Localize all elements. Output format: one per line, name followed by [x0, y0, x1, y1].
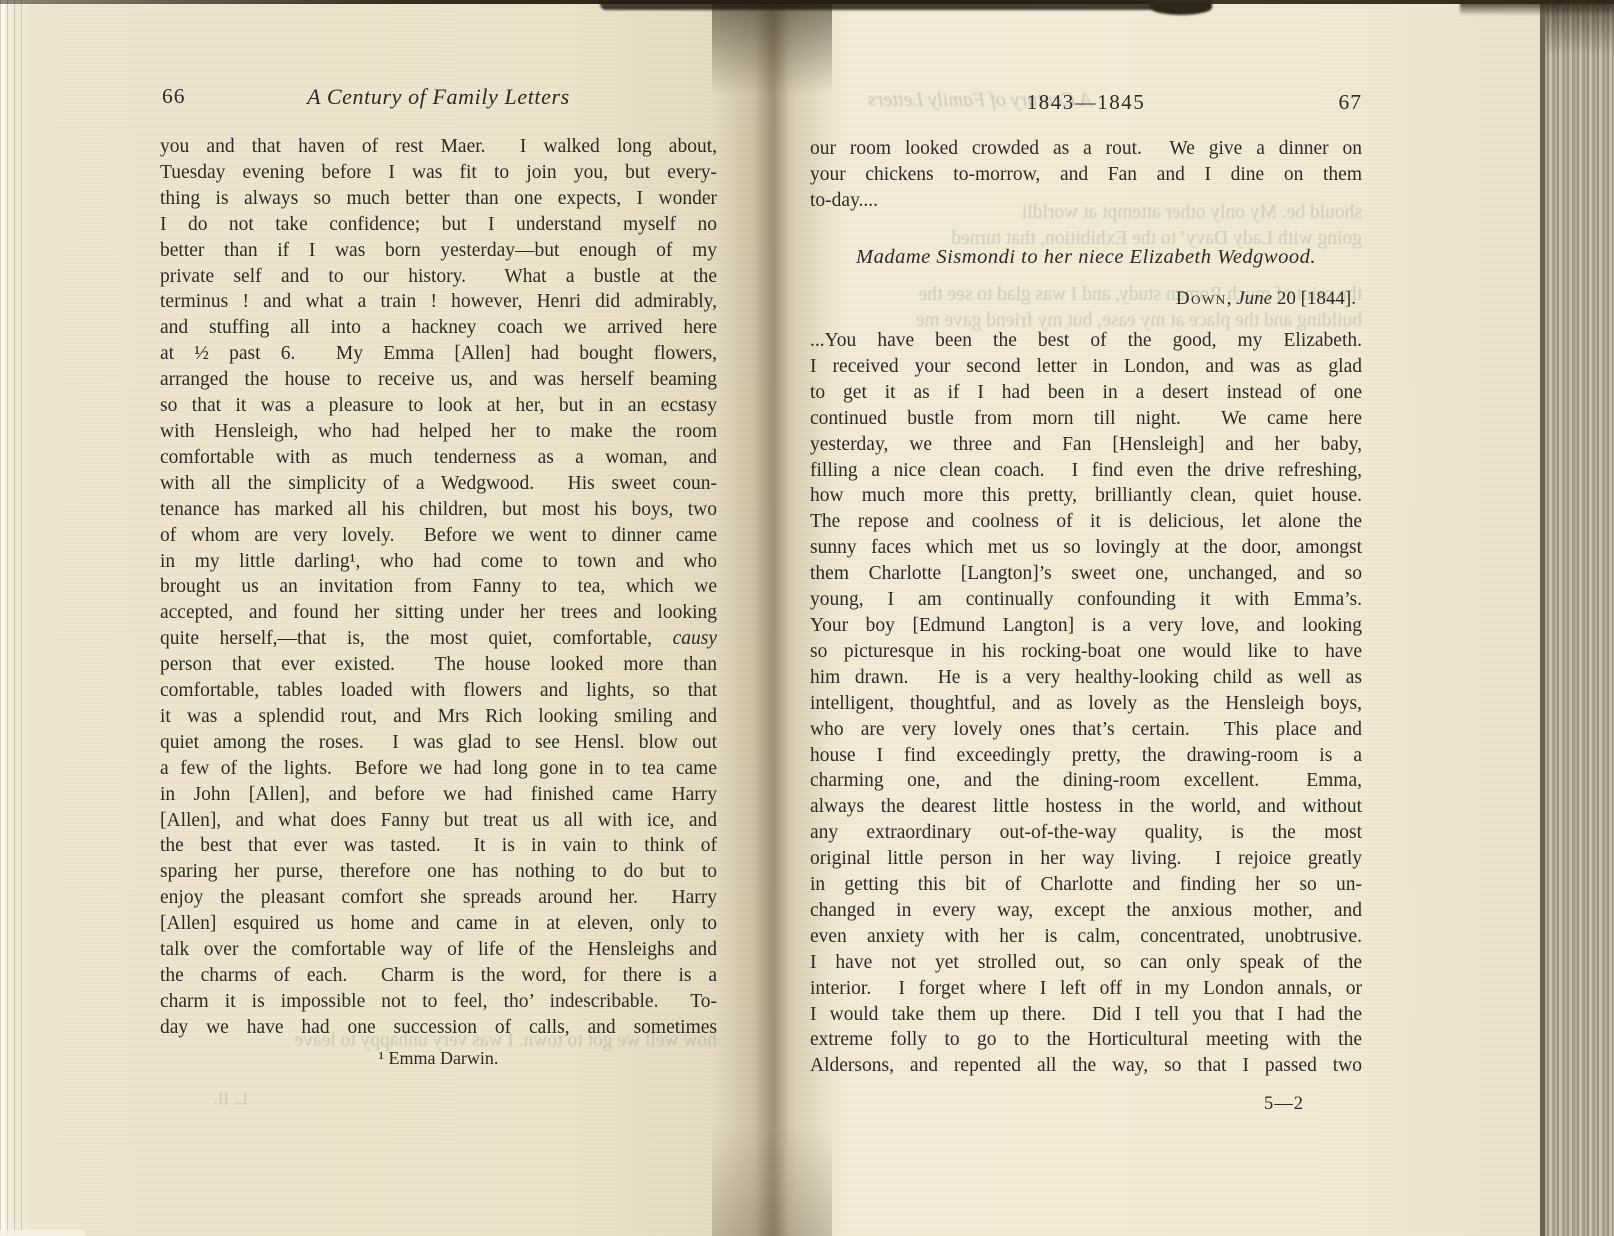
right-page-edges — [1540, 0, 1614, 1236]
text-line: how much more this pretty, brilliantly c… — [810, 483, 1362, 509]
text-line: I do not take confidence; but I understa… — [160, 212, 717, 238]
text-line: sunny faces which met us so lovingly at … — [810, 535, 1362, 561]
right-running-title: 1843—1845 — [810, 90, 1362, 115]
text-line: changed in every way, except the anxious… — [810, 898, 1362, 924]
letter-heading: Madame Sismondi to her niece Elizabeth W… — [810, 246, 1362, 269]
left-page-text-column: 66 A Century of Family Letters you and t… — [160, 0, 717, 1236]
bottom-page-edge — [0, 1230, 85, 1236]
text-line: your chickens to-morrow, and Fan and I d… — [810, 162, 1362, 188]
text-line: I received your second letter in London,… — [810, 354, 1362, 380]
left-running-head: 66 A Century of Family Letters — [160, 84, 717, 110]
left-page-number: 66 — [162, 84, 186, 109]
text-line: brought us an invitation from Fanny to t… — [160, 574, 717, 600]
text-line: quiet among the roses. I was glad to see… — [160, 730, 717, 756]
text-line: you and that haven of rest Maer. I walke… — [160, 134, 717, 160]
text-line: intelligent, thoughtful, and as lovely a… — [810, 691, 1362, 717]
text-line: it was a splendid rout, and Mrs Rich loo… — [160, 704, 717, 730]
text-line: ...You have been the best of the good, m… — [810, 328, 1362, 354]
right-page-number: 67 — [1339, 90, 1363, 115]
text-line: original little person in her way living… — [810, 846, 1362, 872]
text-line: better than if I was born yesterday—but … — [160, 238, 717, 264]
text-line: in my little darling¹, who had come to t… — [160, 549, 717, 575]
text-line: I would take them up there. Did I tell y… — [810, 1002, 1362, 1028]
text-line: talk over the comfortable way of life of… — [160, 937, 717, 963]
text-line: interior. I forget where I left off in m… — [810, 976, 1362, 1002]
letter-dateline: Down, June 20 [1844]. — [810, 288, 1362, 310]
text-line: and stuffing all into a hackney coach we… — [160, 315, 717, 341]
text-line: who are very lovely ones that’s certain.… — [810, 717, 1362, 743]
text-line: filling a nice clean coach. I find even … — [810, 458, 1362, 484]
text-line: person that ever existed. The house look… — [160, 652, 717, 678]
text-line: comfortable, tables loaded with flowers … — [160, 678, 717, 704]
text-line: so that it was a pleasure to look at her… — [160, 393, 717, 419]
text-line: quite herself,—that is, the most quiet, … — [160, 626, 717, 652]
right-body-text: ...You have been the best of the good, m… — [810, 328, 1362, 1079]
text-line: charming one, and the dining-room excell… — [810, 768, 1362, 794]
text-line: any extraordinary out-of-the-way quality… — [810, 820, 1362, 846]
text-line: with all the simplicity of a Wedgwood. H… — [160, 471, 717, 497]
text-line: comfortable with as much tenderness as a… — [160, 445, 717, 471]
text-line: [Allen] esquired us home and came in at … — [160, 911, 717, 937]
text-line: Aldersons, and repented all the way, so … — [810, 1053, 1362, 1079]
text-line: always the dearest little hostess in the… — [810, 794, 1362, 820]
text-line: even anxiety with her is calm, concentra… — [810, 924, 1362, 950]
text-line: to-day.... — [810, 188, 1362, 214]
signature-mark: 5—2 — [1264, 1094, 1304, 1115]
text-line: Your boy [Edmund Langton] is a very love… — [810, 613, 1362, 639]
left-body-text: you and that haven of rest Maer. I walke… — [160, 134, 717, 1041]
text-line: accepted, and found her sitting under he… — [160, 600, 717, 626]
text-line: enjoy the pleasant comfort she spreads a… — [160, 885, 717, 911]
text-line: The repose and coolness of it is delicio… — [810, 509, 1362, 535]
right-intro-paragraph: our room looked crowded as a rout. We gi… — [810, 136, 1362, 214]
text-line: thing is always so much better than one … — [160, 186, 717, 212]
text-line: Tuesday evening before I was fit to join… — [160, 160, 717, 186]
text-line: extreme folly to go to the Horticultural… — [810, 1027, 1362, 1053]
text-line: so picturesque in his rocking-boat one w… — [810, 639, 1362, 665]
book-spread: how well we got to town. I was very unha… — [0, 0, 1614, 1236]
text-line: yesterday, we three and Fan [Hensleigh] … — [810, 432, 1362, 458]
text-line: in John [Allen], and before we had finis… — [160, 782, 717, 808]
text-line: [Allen], and what does Fanny but treat u… — [160, 808, 717, 834]
text-line: the charms of each. Charm is the word, f… — [160, 963, 717, 989]
text-line: house I find exceedingly pretty, the dra… — [810, 743, 1362, 769]
text-line: tenance has marked all his children, but… — [160, 497, 717, 523]
text-line: continued bustle from morn till night. W… — [810, 406, 1362, 432]
text-line: I have not yet strolled out, so can only… — [810, 950, 1362, 976]
text-line: a few of the lights. Before we had long … — [160, 756, 717, 782]
text-line: the best that ever was tasted. It is in … — [160, 833, 717, 859]
text-line: day we have had one succession of calls,… — [160, 1015, 717, 1041]
text-line: charm it is impossible not to feel, tho’… — [160, 989, 717, 1015]
left-page-edges — [0, 0, 30, 1236]
text-line: to get it as if I had been in a desert i… — [810, 380, 1362, 406]
left-running-title: A Century of Family Letters — [160, 84, 717, 110]
text-line: our room looked crowded as a rout. We gi… — [810, 136, 1362, 162]
text-line: terminus ! and what a train ! however, H… — [160, 289, 717, 315]
text-line: young, I am continually confounding it w… — [810, 587, 1362, 613]
text-line: them Charlotte [Langton]’s sweet one, un… — [810, 561, 1362, 587]
right-page-text-column: 1843—1845 67 our room looked crowded as … — [810, 0, 1362, 1236]
text-line: in getting this bit of Charlotte and fin… — [810, 872, 1362, 898]
left-footnote: ¹ Emma Darwin. — [160, 1048, 717, 1069]
text-line: with Hensleigh, who had helped her to ma… — [160, 419, 717, 445]
text-line: private self and to our history. What a … — [160, 264, 717, 290]
text-line: arranged the house to receive us, and wa… — [160, 367, 717, 393]
right-running-head: 1843—1845 67 — [810, 90, 1362, 115]
text-line: at ½ past 6. My Emma [Allen] had bought … — [160, 341, 717, 367]
text-line: of whom are very lovely. Before we went … — [160, 523, 717, 549]
text-line: sparing her purse, therefore one has not… — [160, 859, 717, 885]
text-line: him drawn. He is a very healthy-looking … — [810, 665, 1362, 691]
